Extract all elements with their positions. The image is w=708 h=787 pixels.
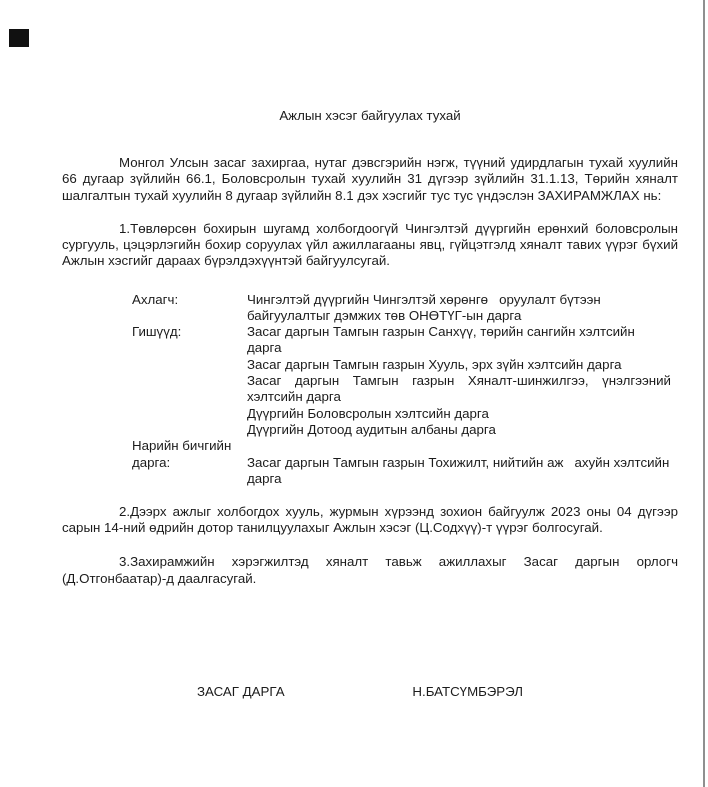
document-page: Ажлын хэсэг байгуулах тухай Монгол Улсын… xyxy=(0,0,708,787)
paragraph-clause-3: 3.Захирамжийн хэрэгжилтэд хяналт тавьж а… xyxy=(62,554,678,587)
paragraph-legal-basis: Монгол Улсын засаг захиргаа, нутаг дэвсг… xyxy=(62,155,678,204)
working-group-position: Дүүргийн Боловсролын хэлтсийн дарга xyxy=(247,406,671,422)
working-group-position: Дүүргийн Дотоод аудитын албаны дарга xyxy=(247,422,671,438)
working-group-position: Засаг даргын Тамгын газрын Тохижилт, ний… xyxy=(247,455,671,488)
working-group-role-secretary: Нарийн бичгийн дарга: xyxy=(132,438,247,487)
working-group-position: Чингэлтэй дүүргийн Чингэлтэй хөрөнгө ору… xyxy=(247,292,671,325)
working-group-positions-leader: Чингэлтэй дүүргийн Чингэлтэй хөрөнгө ору… xyxy=(247,292,671,325)
working-group-positions-members: Засаг даргын Тамгын газрын Санхүү, төрий… xyxy=(247,324,671,438)
document-content: Ажлын хэсэг байгуулах тухай Монгол Улсын… xyxy=(62,0,678,701)
signature-row: ЗАСАГ ДАРГА Н.БАТСҮМБЭРЭЛ xyxy=(62,684,678,700)
signature-position-title: ЗАСАГ ДАРГА xyxy=(197,684,285,700)
page-edge-line xyxy=(703,0,705,787)
working-group-positions-secretary: Засаг даргын Тамгын газрын Тохижилт, ний… xyxy=(247,438,671,487)
working-group-list: Ахлагч: Чингэлтэй дүүргийн Чингэлтэй хөр… xyxy=(62,292,678,488)
paragraph-clause-1: 1.Төвлөрсөн бохирын шугамд холбогдоогүй … xyxy=(62,221,678,270)
working-group-role-leader: Ахлагч: xyxy=(132,292,247,325)
corner-scan-mark xyxy=(9,29,29,47)
paragraph-clause-2: 2.Дээрх ажлыг холбогдох хууль, журмын хү… xyxy=(62,504,678,537)
signature-name: Н.БАТСҮМБЭРЭЛ xyxy=(412,684,523,700)
working-group-position: Засаг даргын Тамгын газрын Хууль, эрх зү… xyxy=(247,357,671,373)
document-title: Ажлын хэсэг байгуулах тухай xyxy=(62,108,678,124)
working-group-role-members: Гишүүд: xyxy=(132,324,247,438)
working-group-position: Засаг даргын Тамгын газрын Санхүү, төрий… xyxy=(247,324,671,357)
working-group-position: Засаг даргын Тамгын газрын Хяналт-шинжил… xyxy=(247,373,671,406)
